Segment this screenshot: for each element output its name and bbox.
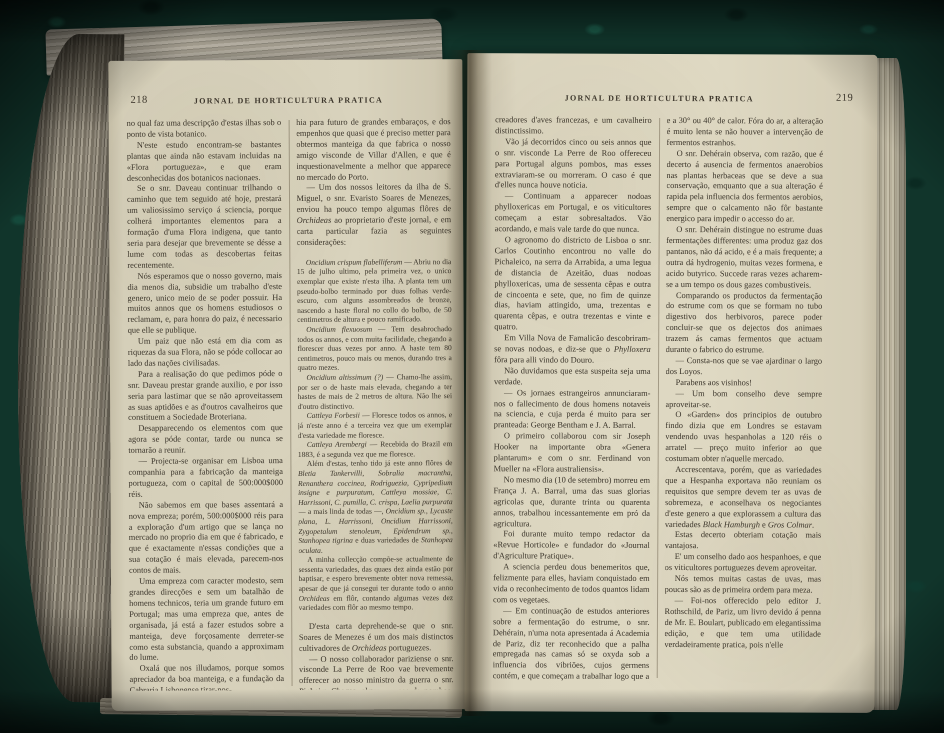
paragraph: Um paiz que não está em dia com as rique… <box>128 336 283 370</box>
paragraph: Uma empreza com caracter modesto, sem gr… <box>129 576 284 664</box>
species-name: Cattleya Forbesii <box>307 411 360 420</box>
paragraph: Parabens aos visinhos! <box>665 378 822 390</box>
species-name: Oncidium altissimum (?) <box>306 372 383 381</box>
right-page-columns: creadores d'aves francezas, e um cavalhe… <box>493 115 823 682</box>
page-stack-right-edge <box>872 58 906 710</box>
paragraph: — Os jornaes estrangeiros annunciaram-no… <box>494 388 651 432</box>
left-page-content: 218 JORNAL DE HORTICULTURA PRATICA no qu… <box>108 59 465 711</box>
paragraph: Nós esperamos que o nosso governo, mais … <box>127 271 282 337</box>
paragraph: — O nosso collaborador pariziense o snr.… <box>299 654 454 690</box>
paragraph: Cattleya Arembergi — Recebida do Brazil … <box>298 439 453 459</box>
paragraph: O «Garden» dos principios de outubro fin… <box>665 410 822 465</box>
paragraph: Vão já decorridos cinco ou seis annos qu… <box>495 137 652 192</box>
species-name: Orchideas <box>299 593 330 602</box>
paragraph: — Em continuação de estudos anteriores s… <box>493 606 650 682</box>
paragraph: Oncidium flexuosum — Tem desabrochado to… <box>297 324 452 373</box>
column-divider <box>289 120 293 686</box>
right-page-header: JORNAL DE HORTICULTURA PRATICA 219 <box>495 93 823 109</box>
paragraph: Accrescentava, porém, que as variedades … <box>665 465 822 531</box>
species-name: Orchideas <box>352 643 387 652</box>
paragraph: Oncidium crispum flabelliferum — Abriu n… <box>297 257 452 325</box>
paragraph: O snr. Dehérain observa, com razão, que … <box>666 149 823 226</box>
paragraph: Oxalá que nos illudamos, porque somos ap… <box>129 663 284 690</box>
species-name: Orchideas <box>297 216 332 225</box>
open-book-photo: 218 JORNAL DE HORTICULTURA PRATICA no qu… <box>0 0 944 733</box>
left-page-columns: no qual faz uma descripção d'estas ilhas… <box>127 117 454 691</box>
paragraph: Desapparecendo os elementos com que agor… <box>128 423 283 457</box>
left-page-column-1: no qual faz uma descripção d'estas ilhas… <box>127 118 284 691</box>
right-page-column-1: creadores d'aves francezas, e um cavalhe… <box>493 115 652 682</box>
species-name: Phylloxera <box>614 345 651 354</box>
right-page-content: JORNAL DE HORTICULTURA PRATICA 219 cread… <box>465 53 878 713</box>
paragraph: Comparando os productos da fermentação d… <box>666 290 823 356</box>
species-name: Gros Colmar <box>768 520 812 529</box>
right-page-number: 219 <box>836 93 853 104</box>
paragraph: Cattleya Forbesii — Floresce todos os an… <box>298 411 453 441</box>
paragraph: — Projecta-se organisar em Lisboa uma co… <box>128 456 283 500</box>
paragraph: E' um conselho dado aos hespanhoes, e qu… <box>665 552 822 574</box>
species-name: Oncidium crispum flabelliferum <box>306 257 402 267</box>
paragraph: D'esta carta deprehende-se que o snr. So… <box>299 621 454 655</box>
right-page: JORNAL DE HORTICULTURA PRATICA 219 cread… <box>465 53 878 713</box>
species-name: Cattleya Arembergi <box>307 440 367 449</box>
paragraph: — Um bom conselho deve sempre aproveitar… <box>665 389 822 411</box>
paragraph: — Continuam a apparecer nodoas phylloxer… <box>495 192 652 236</box>
paragraph: Para a realisação do que pedimos póde o … <box>128 369 283 424</box>
left-page-number: 218 <box>130 95 147 106</box>
species-name: Black Hamburgh <box>703 520 760 529</box>
paragraph: A sciencia perdeu dous benemeritos que, … <box>493 562 650 606</box>
paragraph: — Foi-nos offerecido pelo editor J. Roth… <box>664 596 821 651</box>
paragraph: Se o snr. Daveau continuar trilhando o c… <box>127 183 282 271</box>
paragraph: Não duvidamos que esta suspeita seja uma… <box>494 366 651 388</box>
paragraph: Estas decerto obteriam cotação mais vant… <box>665 530 822 552</box>
species-name: Oncidium flexuosum <box>306 325 372 334</box>
paragraph: e a 30° ou 40° de calor. Fóra do ar, a a… <box>667 116 824 149</box>
paragraph: N'este estudo encontram-se bastantes pla… <box>127 140 282 184</box>
paragraph: hia para futuro de grandes embaraços, e … <box>296 117 451 183</box>
paragraph: No mesmo dia (10 de setembro) morreu em … <box>493 475 650 530</box>
paragraph: O primeiro collaborou com sir Joseph Hoo… <box>494 432 651 476</box>
paragraph: Nós temos muitas castas de uvas, mas pou… <box>665 574 822 596</box>
paragraph: O agronomo do districto de Lisboa o snr.… <box>494 235 651 334</box>
right-journal-title: JORNAL DE HORTICULTURA PRATICA <box>495 93 823 103</box>
left-page-column-2: hia para futuro de grandes embaraços, e … <box>296 117 453 690</box>
paragraph: creadores d'aves francezas, e um cavalhe… <box>495 115 652 137</box>
paragraph: — Um dos nossos leitores da ilha de S. M… <box>296 183 451 249</box>
paragraph: Além d'estas, tenho tido já este anno fl… <box>298 458 453 555</box>
species-name: Bletia Tankervilli, Sobralia macrantha, … <box>298 468 453 507</box>
paragraph: Oncidium altissimum (?) — Chamo-lhe assi… <box>297 372 452 411</box>
right-page-column-2: e a 30° ou 40° de calor. Fóra do ar, a a… <box>664 116 823 683</box>
column-divider <box>657 118 660 678</box>
paragraph: O snr. Dehérain distingue no estrume dua… <box>666 225 823 291</box>
left-page: 218 JORNAL DE HORTICULTURA PRATICA no qu… <box>108 59 465 711</box>
paragraph: Não sabemos em que bases assentará a nov… <box>129 500 284 577</box>
paragraph: Em Villa Nova de Famalicão descobriram-s… <box>494 333 651 366</box>
paragraph: no qual faz uma descripção d'estas ilhas… <box>127 118 282 141</box>
paragraph: — Consta-nos que se vae ajardinar o larg… <box>666 356 823 378</box>
left-page-header: 218 JORNAL DE HORTICULTURA PRATICA <box>126 95 450 112</box>
paragraph: A minha collecção compõe-se actualmente … <box>298 554 453 612</box>
paragraph: Foi durante muito tempo redactor da «Rev… <box>493 530 650 563</box>
left-journal-title: JORNAL DE HORTICULTURA PRATICA <box>126 95 450 106</box>
